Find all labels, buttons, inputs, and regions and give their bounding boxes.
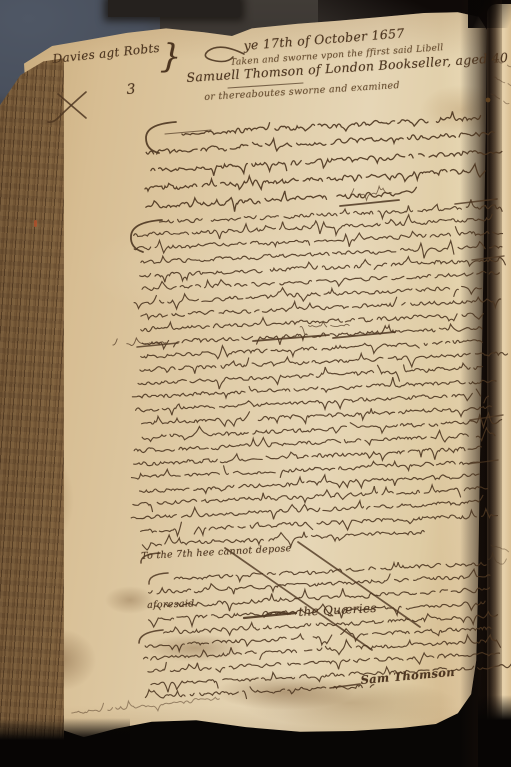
eighth-answer-end: aforesaid. (147, 598, 198, 611)
background-dark-band (108, 0, 240, 17)
leaf-edge-fiber (34, 220, 37, 227)
manuscript-page (0, 0, 511, 767)
next-page-edge (487, 4, 511, 746)
margin-bracket: } (160, 36, 183, 76)
manuscript-photo: Davies agt Robts } 3 ye 17th of October … (0, 0, 511, 767)
folio-number: 3 (126, 81, 136, 98)
